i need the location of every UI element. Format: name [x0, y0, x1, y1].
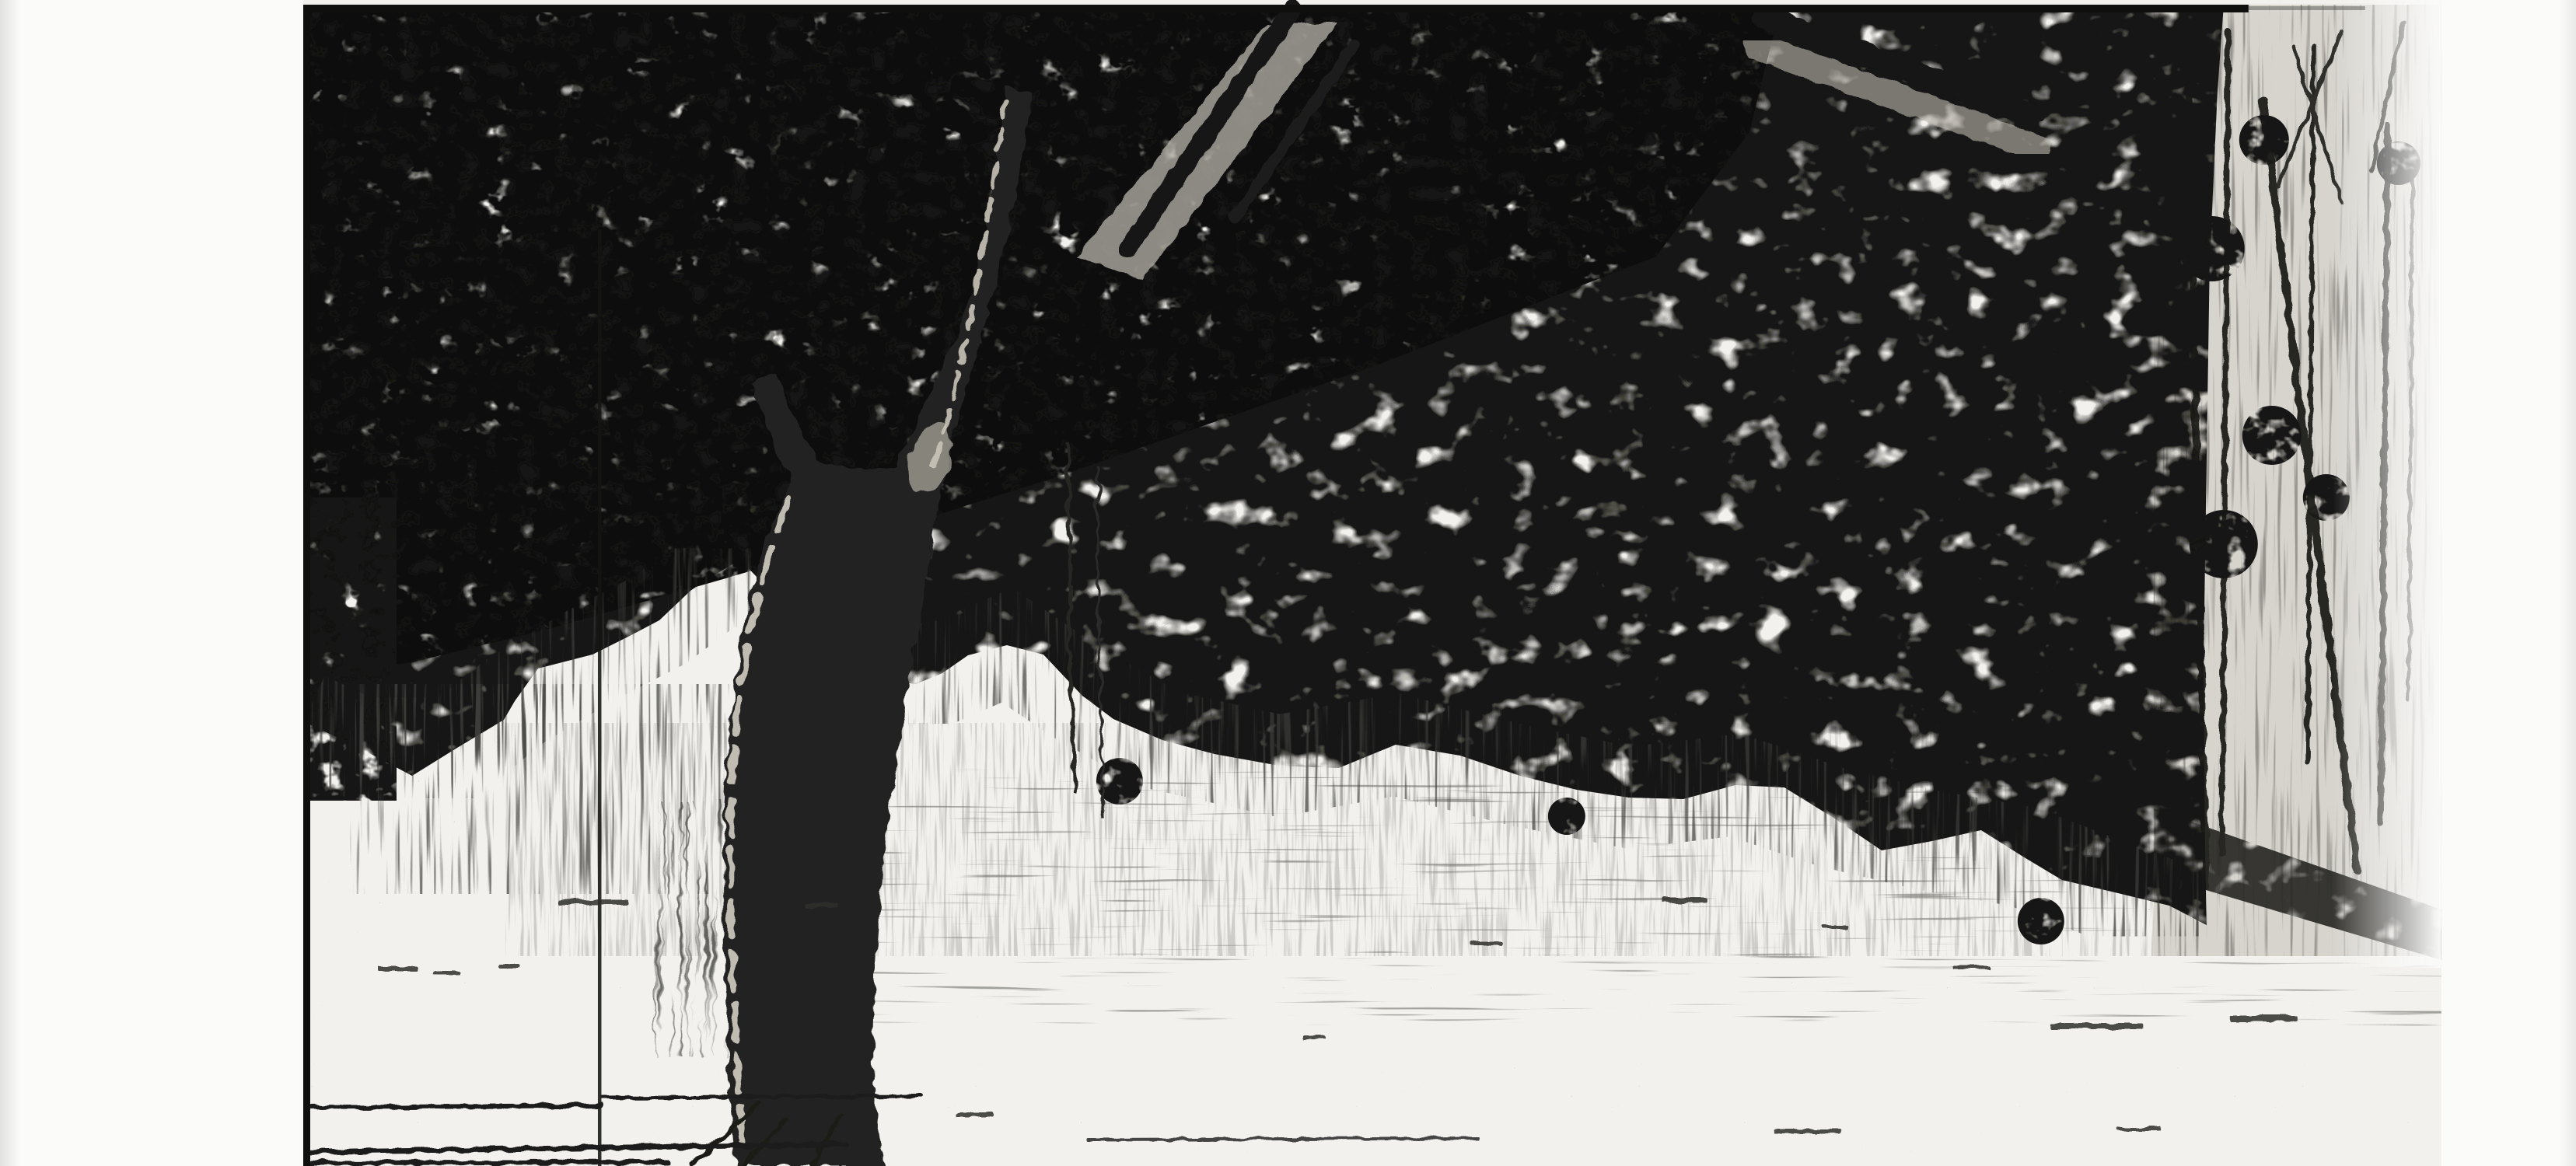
scanned-page: Monochrome wood-engraving scan: a forked…	[0, 0, 2576, 1166]
meadow-dash	[1302, 1035, 1326, 1039]
meadow-dash	[2051, 1023, 2143, 1029]
leaf-tuft	[2242, 406, 2302, 465]
meadow-dash	[807, 903, 838, 908]
meadow-dash	[2230, 1015, 2298, 1021]
frame-border-top	[303, 5, 2249, 12]
meadow-dash	[377, 966, 420, 971]
plate-right-fade	[2333, 0, 2441, 968]
meadow-dash	[2116, 1127, 2162, 1131]
canopy-foliage-mass	[303, 6, 2224, 944]
engraving-plate: Monochrome wood-engraving scan: a forked…	[303, 0, 2441, 1166]
leaf-tuft	[2239, 115, 2289, 165]
bush-clump	[1548, 798, 1585, 835]
page-edge-shadow-right	[2559, 0, 2576, 1166]
scratch-line	[1087, 1138, 1479, 1140]
meadow-dash	[560, 899, 628, 905]
meadow-dash	[1821, 925, 1847, 929]
scratch-line	[601, 1096, 921, 1098]
meadow-dash	[1953, 965, 1991, 969]
meadow-dash	[1471, 942, 1502, 946]
meadow-dash	[499, 964, 519, 968]
meadow-dash	[1662, 898, 1707, 902]
frame-border-top-faint	[2249, 6, 2365, 10]
meadow-dash	[434, 971, 460, 975]
meadow-dash	[956, 1113, 992, 1117]
scratch-line	[305, 1105, 601, 1108]
engraving-svg	[303, 0, 2441, 1166]
scratch-line	[303, 1162, 669, 1163]
thin-vertical-rule	[598, 229, 601, 1166]
frame-border-left	[303, 5, 310, 1166]
bush-clump	[2018, 898, 2064, 944]
meadow-dash	[1774, 1129, 1841, 1133]
page-edge-shadow-left	[0, 0, 20, 1166]
